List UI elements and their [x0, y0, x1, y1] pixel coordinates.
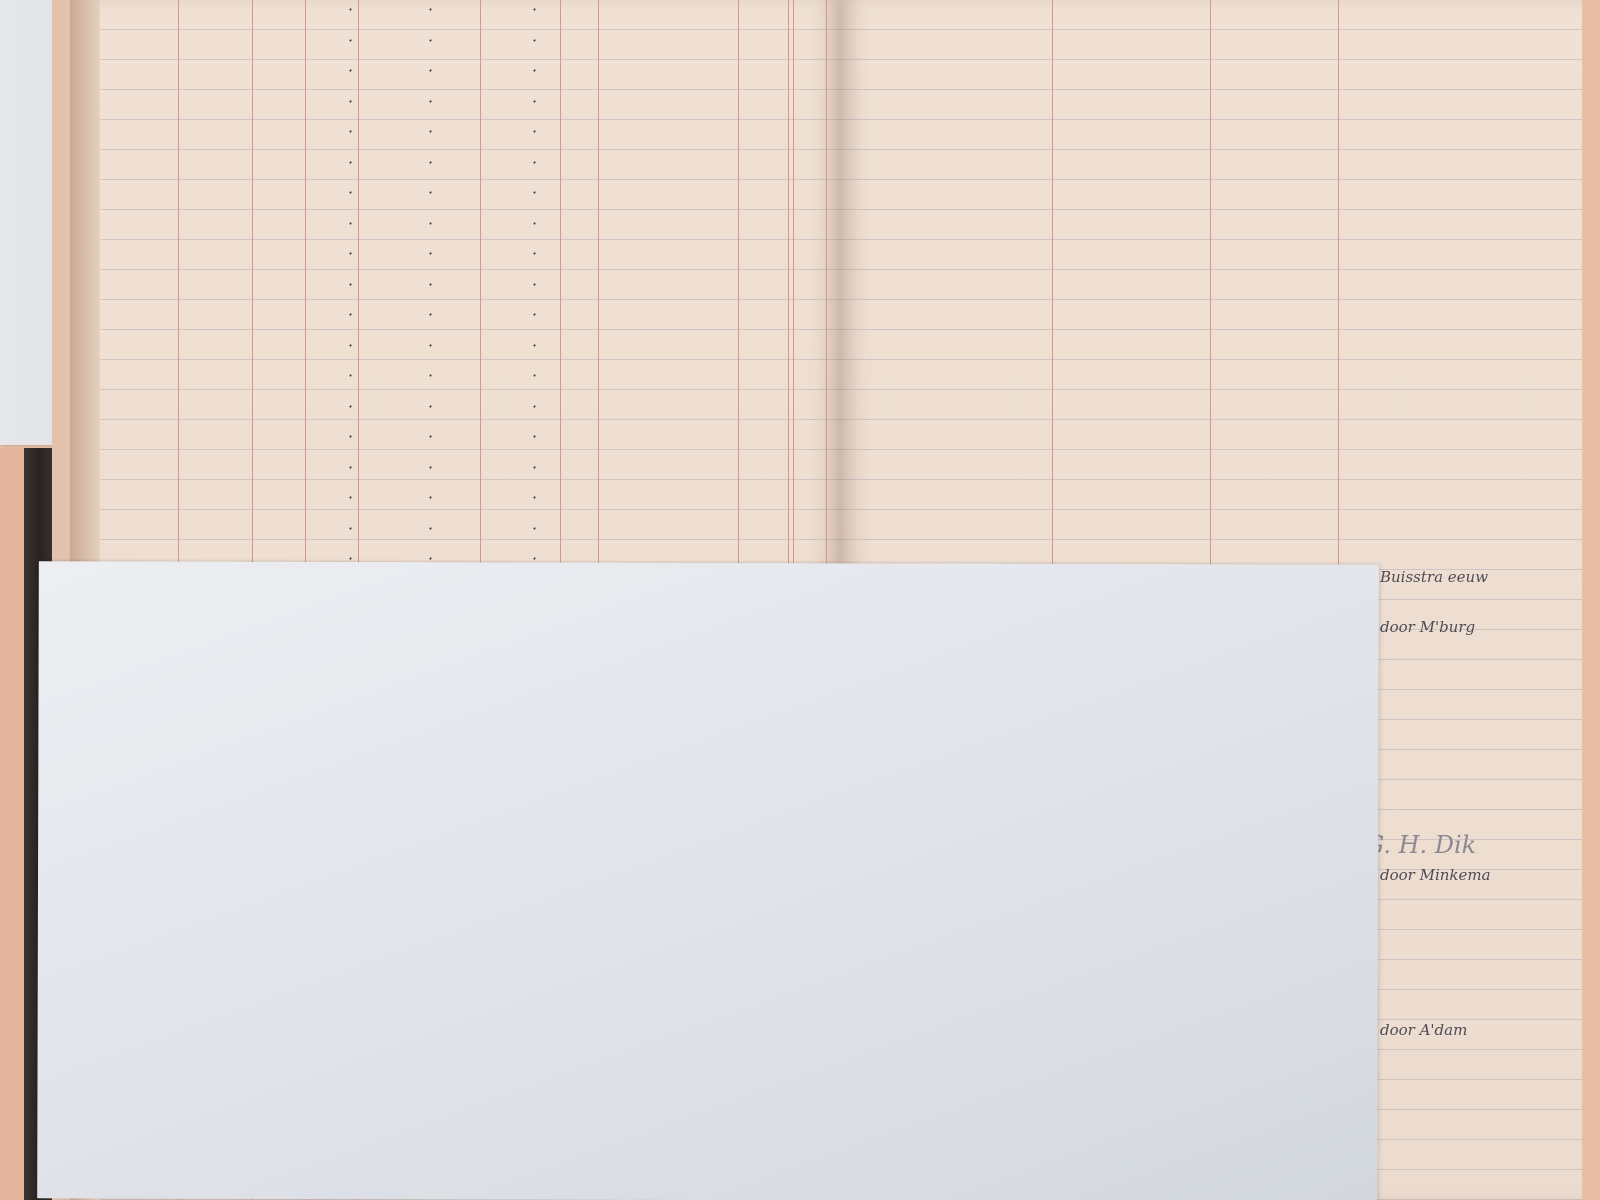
ledger-row: ··· [70, 484, 840, 514]
ledger-row [840, 393, 1582, 423]
ditto-mark: · [348, 519, 353, 538]
ditto-mark: · [348, 244, 353, 263]
ditto-mark: · [428, 61, 433, 80]
ditto-mark: · [428, 183, 433, 202]
ledger-row: ··· [70, 118, 840, 148]
ditto-mark: · [428, 305, 433, 324]
ditto-mark: · [348, 427, 353, 446]
ledger-row: ··· [70, 240, 840, 270]
ditto-mark: · [348, 488, 353, 507]
ditto-mark: · [348, 305, 353, 324]
margin-note: Buisstra eeuw [1380, 568, 1488, 586]
ledger-row [840, 303, 1582, 333]
ledger-row [840, 30, 1582, 60]
ditto-mark: · [348, 31, 353, 50]
ditto-mark: · [532, 427, 537, 446]
ledger-row: ··· [70, 393, 840, 423]
ditto-mark: · [532, 31, 537, 50]
ditto-mark: · [428, 458, 433, 477]
ledger-row [840, 273, 1582, 303]
ditto-mark: · [348, 214, 353, 233]
ditto-mark: · [532, 275, 537, 294]
ditto-mark: · [532, 61, 537, 80]
ledger-row [840, 62, 1582, 92]
ledger-row: ··· [70, 332, 840, 362]
ditto-mark: · [348, 0, 353, 19]
ditto-mark: · [428, 0, 433, 19]
ledger-row: ··· [70, 27, 840, 57]
ditto-mark: · [532, 519, 537, 538]
ledger-row [840, 243, 1582, 273]
ditto-mark: · [428, 153, 433, 172]
ledger-row: ··· [70, 301, 840, 331]
blank-cover-sheet [37, 561, 1379, 1200]
ditto-mark: · [348, 153, 353, 172]
ditto-mark: · [428, 244, 433, 263]
ledger-row [840, 125, 1582, 155]
ditto-mark: · [532, 153, 537, 172]
ditto-mark: · [532, 0, 537, 19]
ditto-mark: · [428, 214, 433, 233]
ditto-mark: · [428, 519, 433, 538]
ditto-mark: · [428, 92, 433, 111]
ledger-row [840, 155, 1582, 185]
ledger-row [840, 513, 1582, 543]
ditto-mark: · [532, 214, 537, 233]
ditto-mark: · [428, 427, 433, 446]
ditto-mark: · [348, 458, 353, 477]
ledger-row: ··· [70, 515, 840, 545]
ledger-row: ··· [70, 0, 840, 26]
ditto-mark: · [428, 336, 433, 355]
ditto-mark: · [428, 122, 433, 141]
margin-note: door A'dam [1380, 1021, 1467, 1039]
ledger-row [840, 423, 1582, 453]
ledger-row: ··· [70, 88, 840, 118]
ledger-row [840, 365, 1582, 395]
ditto-mark: · [532, 397, 537, 416]
ledger-row: ··· [70, 454, 840, 484]
ledger-row: ··· [70, 423, 840, 453]
ledger-row: ··· [70, 149, 840, 179]
ditto-mark: · [348, 61, 353, 80]
ditto-mark: · [532, 458, 537, 477]
ditto-mark: · [348, 397, 353, 416]
ditto-mark: · [532, 122, 537, 141]
ledger-row: ··· [70, 179, 840, 209]
ditto-mark: · [428, 275, 433, 294]
margin-note: G. H. Dik [1365, 831, 1476, 859]
ditto-mark: · [428, 397, 433, 416]
ledger-row [840, 213, 1582, 243]
ditto-mark: · [532, 92, 537, 111]
ditto-mark: · [532, 183, 537, 202]
ledger-row [840, 453, 1582, 483]
ledger-row: ··· [70, 271, 840, 301]
ditto-mark: · [532, 244, 537, 263]
ditto-mark: · [348, 122, 353, 141]
ledger-row: ··· [70, 210, 840, 240]
ledger-row [840, 483, 1582, 513]
ledger-row [840, 95, 1582, 125]
ditto-mark: · [348, 366, 353, 385]
ledger-row: ··· [70, 57, 840, 87]
ditto-mark: · [348, 275, 353, 294]
background-surface [0, 448, 24, 1200]
ledger-row [840, 0, 1582, 30]
ditto-mark: · [428, 488, 433, 507]
ditto-mark: · [532, 305, 537, 324]
ditto-mark: · [532, 336, 537, 355]
margin-note: door M'burg [1380, 618, 1475, 636]
ledger-row: ··· [70, 362, 840, 392]
ditto-mark: · [348, 92, 353, 111]
ditto-mark: · [348, 336, 353, 355]
ledger-row [840, 183, 1582, 213]
ledger-row [840, 335, 1582, 365]
ditto-mark: · [428, 366, 433, 385]
ditto-mark: · [348, 183, 353, 202]
margin-note: door Minkema [1380, 866, 1491, 884]
ditto-mark: · [532, 488, 537, 507]
ditto-mark: · [532, 366, 537, 385]
ditto-mark: · [428, 31, 433, 50]
